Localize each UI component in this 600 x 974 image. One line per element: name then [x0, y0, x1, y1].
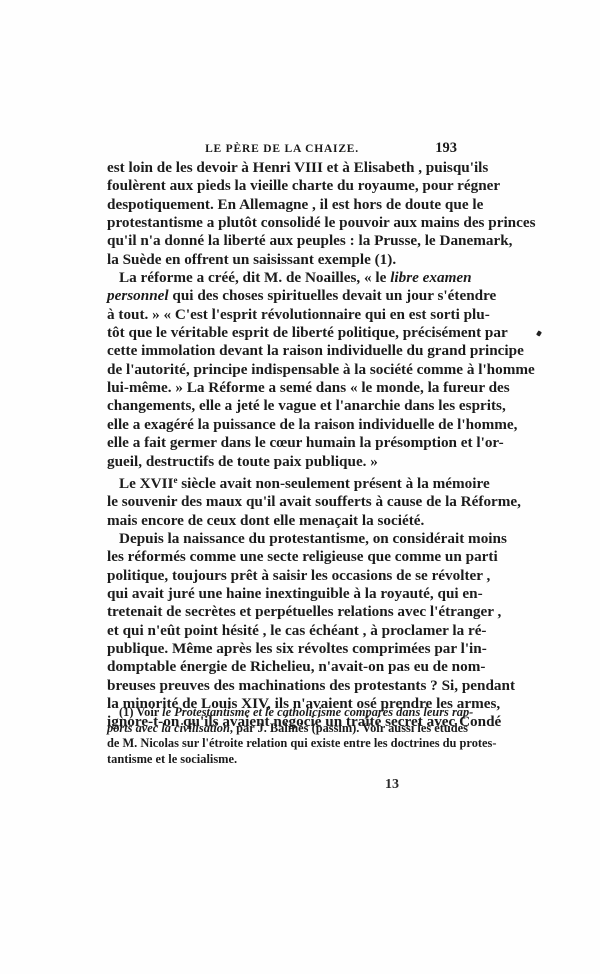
text-fragment: La réforme a créé, dit M. de Noailles, «…: [119, 269, 390, 286]
italic-title: ports avec la civilisation: [107, 721, 230, 735]
text-line: gueil, destructifs de toute paix publiqu…: [107, 453, 457, 471]
text-line: publique. Même après les six révoltes co…: [107, 640, 457, 658]
text-line: Le XVIIe siècle avait non-seulement prés…: [107, 471, 457, 493]
text-line: politique, toujours prêt à saisir les oc…: [107, 567, 457, 585]
book-page: LE PÈRE DE LA CHAIZE. 193 est loin de le…: [0, 0, 600, 974]
footnote: (1) Voir le Protestantisme et le catholi…: [107, 705, 457, 767]
text-line: le souvenir des maux qu'il avait souffer…: [107, 493, 457, 511]
footnote-line: (1) Voir le Protestantisme et le catholi…: [107, 705, 457, 721]
signature-mark: 13: [385, 777, 399, 793]
text-line: changements, elle a jeté le vague et l'a…: [107, 397, 457, 415]
text-line: elle a exagéré la puissance de la raison…: [107, 416, 457, 434]
text-line: domptable énergie de Richelieu, n'avait-…: [107, 658, 457, 676]
text-line: lui-même. » La Réforme a semé dans « le …: [107, 379, 457, 397]
italic-phrase: personnel: [107, 287, 169, 304]
text-line: tretenait de secrètes et perpétuelles re…: [107, 603, 457, 621]
text-fragment: qui des choses spirituelles devait un jo…: [169, 287, 497, 304]
text-line: personnel qui des choses spirituelles de…: [107, 287, 457, 305]
text-line: et qui n'eût point hésité , le cas échéa…: [107, 622, 457, 640]
text-line: de l'autorité, principe indispensable à …: [107, 361, 457, 379]
text-line: est loin de les devoir à Henri VIII et à…: [107, 159, 457, 177]
running-title: LE PÈRE DE LA CHAIZE.: [107, 143, 457, 155]
text-line: la Suède en offrent un saisissant exempl…: [107, 251, 457, 269]
running-header: LE PÈRE DE LA CHAIZE. 193: [107, 140, 457, 158]
text-line: protestantisme a plutôt consolidé le pou…: [107, 214, 457, 232]
footnote-line: tantisme et le socialisme.: [107, 752, 457, 768]
text-fragment: , par J. Balmès (passim). Voir aussi les…: [230, 721, 468, 735]
text-line: mais encore de ceux dont elle menaçait l…: [107, 512, 457, 530]
text-line: les réformés comme une secte religieuse …: [107, 548, 457, 566]
text-fragment: Le XVII: [119, 475, 173, 492]
scan-speck: [536, 330, 542, 336]
text-line: elle a fait germer dans le cœur humain l…: [107, 434, 457, 452]
text-line: La réforme a créé, dit M. de Noailles, «…: [107, 269, 457, 287]
text-line: à tout. » « C'est l'esprit révolutionnai…: [107, 306, 457, 324]
italic-phrase: libre examen: [390, 269, 471, 286]
text-line: qui avait juré une haine inextinguible à…: [107, 585, 457, 603]
text-line: cette immolation devant la raison indivi…: [107, 342, 457, 360]
text-line: qu'il n'a donné la liberté aux peuples :…: [107, 232, 457, 250]
italic-title: le Protestantisme et le catholicisme com…: [162, 705, 473, 719]
page-number: 193: [435, 140, 457, 157]
text-fragment: siècle avait non-seulement présent à la …: [177, 475, 489, 492]
text-line: despotiquement. En Allemagne , il est ho…: [107, 196, 457, 214]
text-line: foulèrent aux pieds la vieille charte du…: [107, 177, 457, 195]
body-text: est loin de les devoir à Henri VIII et à…: [107, 159, 457, 732]
text-line: breuses preuves des machinations des pro…: [107, 677, 457, 695]
footnote-line: de M. Nicolas sur l'étroite relation qui…: [107, 736, 457, 752]
footnote-marker: (1) Voir: [119, 705, 162, 719]
text-line: Depuis la naissance du protestantisme, o…: [107, 530, 457, 548]
footnote-line: ports avec la civilisation, par J. Balmè…: [107, 721, 457, 737]
text-line: tôt que le véritable esprit de liberté p…: [107, 324, 457, 342]
